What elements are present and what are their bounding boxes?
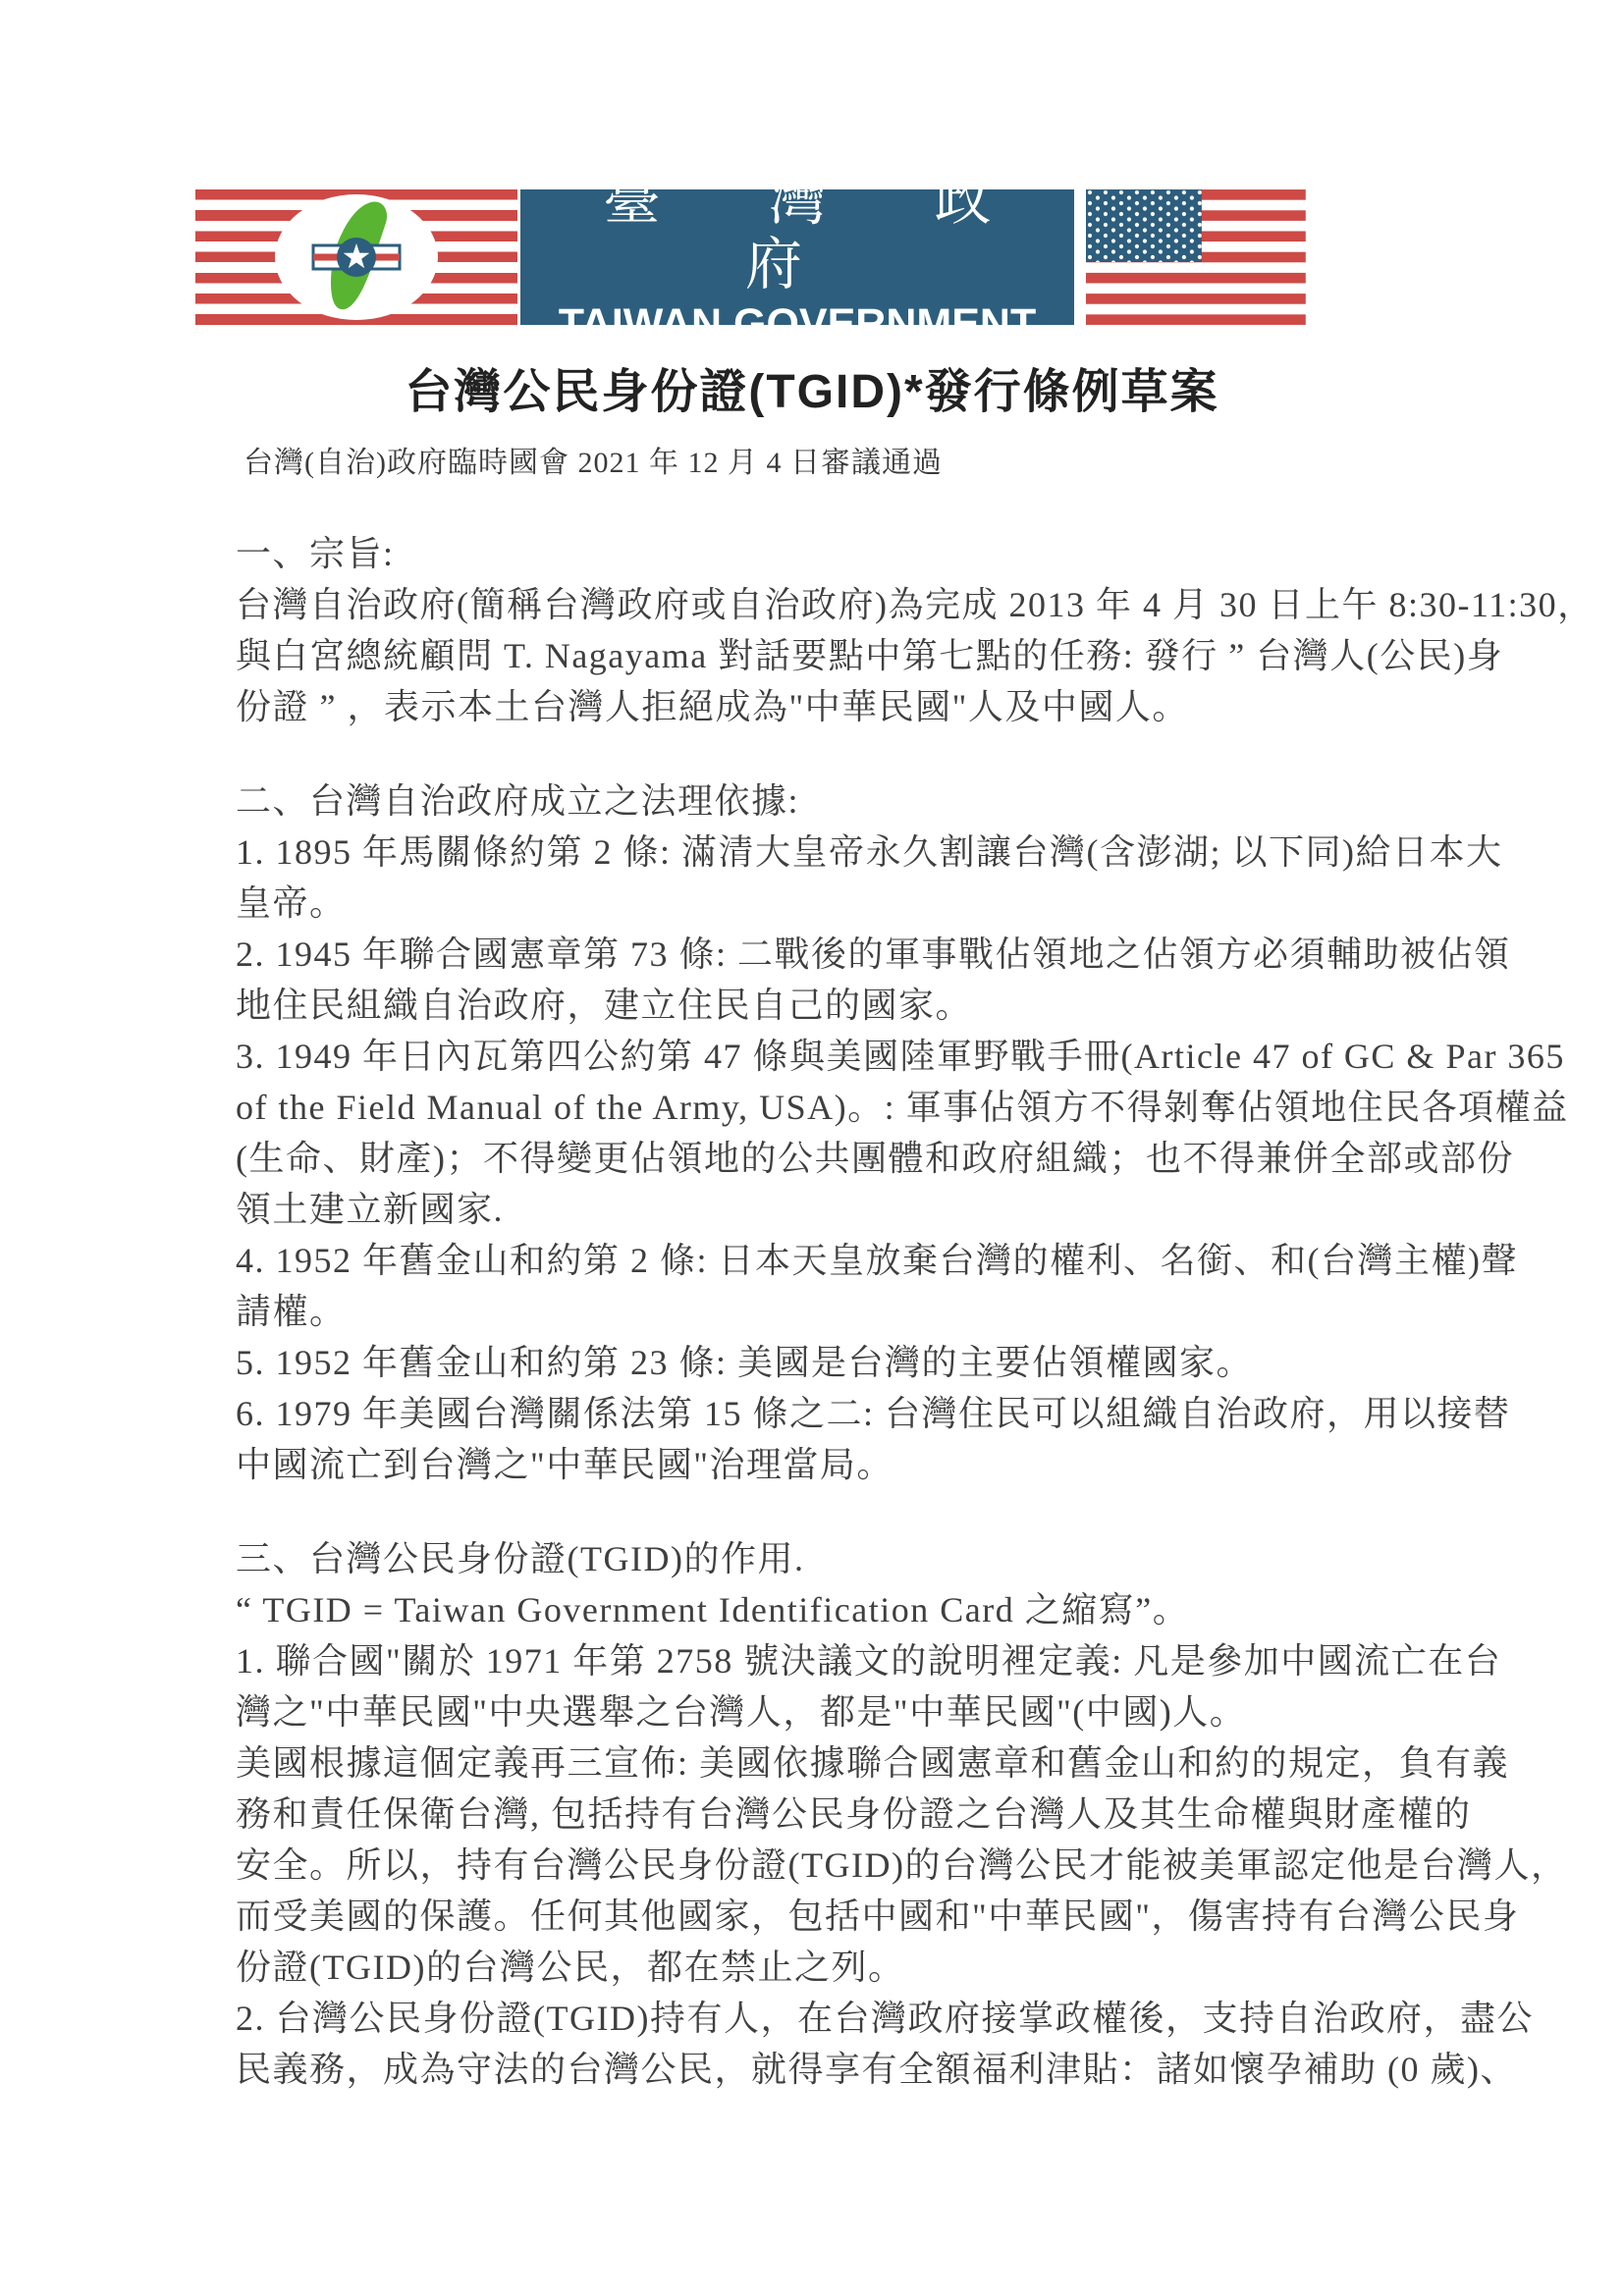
text-line: 安全。所以，持有台灣公民身份證(TGID)的台灣公民才能被美軍認定他是台灣人，: [236, 1840, 1512, 1891]
text-line: 台灣自治政府(簡稱台灣政府或自治政府)為完成 2013 年 4 月 30 日上午…: [236, 579, 1512, 630]
text-line: 與白宮總統顧問 T. Nagayama 對話要點中第七點的任務: 發行 ” 台灣…: [236, 630, 1512, 681]
text-line: 份證 ” ，表示本土台灣人拒絕成為"中華民國"人及中國人。: [236, 681, 1512, 732]
text-line: 三、台灣公民身份證(TGID)的作用.: [236, 1533, 1512, 1584]
text-line: 中國流亡到台灣之"中華民國"治理當局。: [236, 1439, 1512, 1490]
text-line: “ TGID = Taiwan Government Identificatio…: [236, 1584, 1512, 1635]
blank-line: [236, 732, 1512, 775]
header-banner: 臺 灣 政 府 TAIWAN GOVERNMENT: [195, 189, 1306, 325]
banner-title-panel: 臺 灣 政 府 TAIWAN GOVERNMENT: [520, 189, 1075, 325]
text-line: 一、宗旨:: [236, 528, 1512, 579]
text-line: 1. 聯合國"關於 1971 年第 2758 號決議文的說明裡定義: 凡是參加中…: [236, 1635, 1512, 1686]
text-line: 地住民組織自治政府，建立住民自己的國家。: [236, 980, 1512, 1031]
taiwan-stripes-flag: [195, 189, 517, 325]
text-line: 1. 1895 年馬關條約第 2 條: 滿清大皇帝永久割讓台灣(含澎湖; 以下同…: [236, 827, 1512, 878]
blank-line: [236, 1490, 1512, 1533]
text-line: 5. 1952 年舊金山和約第 23 條: 美國是台灣的主要佔領權國家。: [236, 1337, 1512, 1388]
text-line: 美國根據這個定義再三宣佈: 美國依據聯合國憲章和舊金山和約的規定，負有義: [236, 1737, 1512, 1789]
text-line: 請權。: [236, 1286, 1512, 1337]
text-line: 而受美國的保護。任何其他國家，包括中國和"中華民國"，傷害持有台灣公民身: [236, 1891, 1512, 1942]
text-line: 皇帝。: [236, 878, 1512, 929]
banner-title-en: TAIWAN GOVERNMENT: [520, 300, 1075, 347]
text-line: 領土建立新國家.: [236, 1184, 1512, 1235]
scan-artifact: [1476, 1406, 1482, 1416]
text-line: 民義務，成為守法的台灣公民，就得享有全額福利津貼：諸如懷孕補助 (0 歲)、: [236, 2044, 1512, 2095]
text-line: (生命、財產)；不得變更佔領地的公共團體和政府組織；也不得兼併全部或部份: [236, 1133, 1512, 1184]
text-line: 二、台灣自治政府成立之法理依據:: [236, 775, 1512, 827]
text-line: 6. 1979 年美國台灣關係法第 15 條之二: 台灣住民可以組織自治政府，用…: [236, 1388, 1512, 1439]
us-flag-icon: [1086, 189, 1306, 325]
text-line: 灣之"中華民國"中央選舉之台灣人，都是"中華民國"(中國)人。: [236, 1686, 1512, 1737]
text-line: of the Field Manual of the Army, USA)。: …: [236, 1082, 1512, 1133]
scanned-document-page: 臺 灣 政 府 TAIWAN GOVERNMENT 台灣公民身份證(TGID)*…: [0, 0, 1624, 2296]
document-title: 台灣公民身份證(TGID)*發行條例草案: [0, 353, 1624, 421]
text-line: 2. 1945 年聯合國憲章第 73 條: 二戰後的軍事戰佔領地之佔領方必須輔助…: [236, 929, 1512, 980]
document-body: 一、宗旨:台灣自治政府(簡稱台灣政府或自治政府)為完成 2013 年 4 月 3…: [236, 528, 1512, 2095]
document-subtitle: 台灣(自治)政府臨時國會 2021 年 12 月 4 日審議通過: [244, 438, 943, 481]
text-line: 2. 台灣公民身份證(TGID)持有人，在台灣政府接掌政權後，支持自治政府，盡公: [236, 1993, 1512, 2044]
text-line: 3. 1949 年日內瓦第四公約第 47 條與美國陸軍野戰手冊(Article …: [236, 1031, 1512, 1082]
banner-title-cjk: 臺 灣 政 府: [520, 168, 1075, 297]
text-line: 務和責任保衛台灣, 包括持有台灣公民身份證之台灣人及其生命權與財產權的: [236, 1789, 1512, 1840]
text-line: 份證(TGID)的台灣公民，都在禁止之列。: [236, 1942, 1512, 1993]
taiwan-island-roundel-icon: [272, 192, 441, 322]
text-line: 4. 1952 年舊金山和約第 2 條: 日本天皇放棄台灣的權利、名銜、和(台灣…: [236, 1235, 1512, 1286]
